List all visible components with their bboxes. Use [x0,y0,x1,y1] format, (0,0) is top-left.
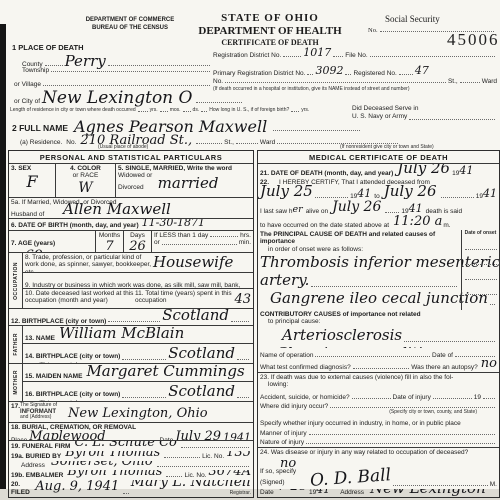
occupation-group: OCCUPATION 8. Trade, profession, or part… [9,253,253,309]
last-worked-label: 10. Date deceased last worked at this oc… [25,290,135,305]
burial-date-value: July 29 [175,429,221,441]
medical-title: MEDICAL CERTIFICATE OF DEATH [258,151,499,164]
reg-district-label: Registration District No. [213,52,281,59]
physician-signature: O. D. Ball [310,467,392,489]
date-of-label: Date of [432,352,453,359]
service-block: Did Deceased Serve in U. S. Navy or Army [352,105,497,122]
full-name-line: 2 FULL NAME Agnes Pearson Maxwell [12,117,362,133]
sig-date-label: Date [260,489,274,496]
industry-label: 9. Industry or business in which work wa… [25,282,240,289]
age-field: 7. AGE (years) 69 [9,231,95,252]
marital-field: 5. SINGLE, MARRIED, Write the word Widow… [115,164,253,197]
mother-birthplace-row: 16. BIRTHPLACE (city or town) (State or … [23,382,253,401]
mos-label: mos. [170,108,181,114]
marital-value: married [158,174,219,192]
street-no-label: No. [213,78,223,85]
autopsy-row: What test confirmed diagnosis? Was there… [258,360,499,373]
primary-reg-label: Primary Registration District No. [213,70,305,77]
signed-label: (Signed) [260,479,296,486]
embalmer-lic-label: Lic. No. [184,472,206,479]
birthplace-value: Scotland [162,309,229,324]
age-value: 69 [25,248,93,252]
color-label2: or RACE [58,172,113,179]
father-birthplace-row: 14. BIRTHPLACE (city or town) (State or … [23,344,253,363]
filed-label: 20. FILED [11,481,31,496]
trade-label: 8. Trade, profession, or particular kind… [25,254,153,273]
mother-name-row: 15. MAIDEN NAME Margaret Cummings [23,364,253,382]
st-label: St., [448,78,458,85]
father-side-label: FATHER [9,326,23,363]
burial-row: 18. BURIAL, CREMATION, OR REMOVAL Place … [9,423,253,441]
dod-year-value: 41 [459,164,473,177]
ds-label: ds. [193,108,200,114]
embalmer-value: Byron Thomas [67,470,162,479]
last-worked-row: 10. Date deceased last worked at this oc… [23,289,253,308]
less-label: If LESS than 1 day [154,232,208,239]
spouse-label2: Husband of [11,211,63,218]
where-label: Where did injury occur? [260,403,328,410]
embalmer-label: 19b. EMBALMER [11,472,63,479]
total-time-value: 43 [234,292,251,307]
ss-no-label: No. [368,27,378,34]
state-title: STATE OF OHIO [178,12,362,25]
buried-lic-label: Lic. No. [202,453,224,460]
dob-label: 6. DATE OF BIRTH (month, day, and year) [11,222,139,229]
or-label: or [154,239,160,246]
contributory-label1: CONTRIBUTORY CAUSES of importance not re… [260,311,497,318]
time-m-label: m. [443,222,450,229]
contributory-section: CONTRIBUTORY CAUSES of importance not re… [258,310,499,348]
mother-name-label: 15. MAIDEN NAME [25,373,82,380]
occupation-related-value: no [280,456,497,467]
full-name-label: 2 FULL NAME [12,123,68,133]
father-birthplace-label: 14. BIRTHPLACE (city or town) [25,353,120,360]
buried-by-label: 19a. BURIED BY [11,453,61,460]
informant-no: 17. [11,403,20,410]
manner-row: Manner of injury [258,428,499,438]
residence-label: (a) Residence. [20,139,62,146]
spouse-value: Allen Maxwell [63,200,171,218]
where-injury-row: Where did injury occur? (Specify city or… [258,402,499,416]
principal-cause-section: The PRINCIPAL CAUSE OF DEATH and related… [258,230,499,310]
registrar-label: Registrar. [131,491,251,497]
buried-lic-value: 135 [226,451,251,460]
file-no-label: File No. [345,52,367,59]
external-causes-row: 23. If death was due to external causes … [258,373,499,390]
attended-from-value: July 25 [260,182,313,200]
sex-label: 3. SEX [11,165,53,172]
city-label: or City of [14,98,40,105]
burial-year: 1941 [223,431,251,441]
township-label: Township [22,67,49,74]
sig-date-value: 7-28 [278,489,307,494]
md-label: M. [490,481,497,488]
accident-label: Accident, suicide, or homicide? [260,394,350,401]
buried-by-value: Byron Thomas [65,451,160,460]
mother-group: MOTHER 15. MAIDEN NAME Margaret Cummings… [9,364,253,402]
buried-address-row: Address Somerset, Ohio [9,461,253,470]
marital-label1: 5. SINGLE, MARRIED, Write the word [118,165,251,172]
min-label: min. [239,239,251,246]
registered-no-label: Registered No. [353,70,396,77]
marital-label3: Divorced [118,184,144,191]
reg-district-value: 1017 [303,46,331,59]
embalmer-row: 19b. EMBALMER Byron Thomas Lic. No. 3674… [9,470,253,480]
signature-row: If so, specify (Signed) O. D. Ball M. [258,467,499,489]
funeral-firm-label: 19. FUNERAL FIRM [11,443,70,450]
autopsy-label: Was there an autopsy? [411,364,478,371]
age-row: 7. AGE (years) 69 Months 7 Days 26 If LE… [9,231,253,253]
onset-label: Date of onset [463,231,498,237]
primary-registration-line: Primary Registration District No. 3092 R… [213,64,497,77]
autopsy-value: no [481,360,497,371]
external-label2: lowing: [268,381,497,388]
hospital-note: (If death occurred in a hospital or inst… [213,87,497,93]
ifso-label: If so, specify [260,468,296,475]
father-name-label: 13. NAME [25,335,55,342]
certify-block: 22. I HEREBY CERTIFY, That I attended de… [258,178,499,230]
occupation-related-row: 24. Was disease or injury in any way rel… [258,448,499,467]
buried-address-label: Address [21,462,45,469]
residence-ward-label: Ward [260,139,275,146]
length-label: Length of residence in city or town wher… [10,108,136,114]
township-line: Township [22,67,212,74]
occupation-related-label: 24. Was disease or injury in any way rel… [260,449,497,456]
date-of-onset-rail: Date of onset [461,230,499,310]
mother-name-value: Margaret Cummings [86,364,244,380]
contributory-value1: Arteriosclerosis [282,326,402,344]
operation-label: Name of operation [260,352,313,359]
ward-label: Ward [482,78,497,85]
dept-title: DEPARTMENT OF HEALTH [178,25,362,38]
sex-field: 3. SEX F [9,164,55,197]
buried-by-row: 19a. BURIED BY Byron Thomas Lic. No. 135 [9,451,253,461]
father-name-value: William McBlain [59,326,184,342]
days-field: Days 26 [123,231,151,252]
father-birthplace-value: Scotland [168,344,235,362]
months-value: 7 [98,239,121,252]
principal-label1: The PRINCIPAL CAUSE OF DEATH and related… [260,231,459,246]
color-value: W [58,180,113,196]
personal-statistical-column: PERSONAL AND STATISTICAL PARTICULARS 3. … [8,150,254,498]
yrs-label: yrs. [150,108,158,114]
external-label1: 23. If death was due to external causes … [260,374,497,381]
city-value: New Lexington O [42,88,192,108]
test-label: What test confirmed diagnosis? [260,364,351,371]
dob-value: 11-30-1871 [142,219,205,229]
lastsaw-value: July 26 [332,199,381,215]
signature-date-row: Date 7-28 19 41 Address New Lexington [258,489,499,497]
contributory-label2: to principal cause: [268,318,497,325]
date-of-death-row: 21. DATE OF DEATH (month, day, and year)… [258,164,499,178]
primary-reg-value: 3092 [315,64,343,77]
lastsaw-label2: alive on [306,208,328,215]
days-value: 26 [126,239,149,252]
mother-birthplace-value: Scotland [168,382,235,400]
trade-value: Housewife [153,253,233,271]
color-field: 4. COLOR or RACE W [55,164,115,197]
manner-label: Manner of injury [260,430,307,437]
sig-address-label: Address [340,489,364,496]
to-year-value: 41 [483,187,497,200]
county-line: County Perry [22,52,212,68]
father-group: FATHER 13. NAME William McBlain 14. BIRT… [9,326,253,364]
time-value: 11:20 a [393,214,442,229]
birthplace-row: 12. BIRTHPLACE (city or town) (State or … [9,309,253,326]
age-label: 7. AGE (years) [11,240,55,247]
less-than-day-field: If LESS than 1 dayhrs. ormin. [151,231,253,252]
sex-color-marital-row: 3. SEX F 4. COLOR or RACE W 5. SINGLE, M… [9,164,253,198]
color-label: 4. COLOR [58,165,113,172]
attended-to-value: July 26 [384,182,437,200]
residence-st-label: St., [224,139,234,146]
father-name-row: 13. NAME William McBlain [23,326,253,344]
mother-birthplace-label: 16. BIRTHPLACE (city or town) [25,391,120,398]
date-of-death-value: July 26 [397,164,450,177]
days-label: Days [126,232,149,239]
residence-no-label: No. [66,139,76,146]
personal-title: PERSONAL AND STATISTICAL PARTICULARS [9,151,253,164]
nature-row: Nature of injury [258,438,499,448]
informant-label3: and (Address) [20,415,68,421]
nature-label: Nature of injury [260,439,304,446]
principal-label2: in order of onset were as follows: [268,246,459,253]
foreign-label: How long in U. S., if of foreign birth? [209,108,289,114]
title-block: STATE OF OHIO DEPARTMENT OF HEALTH CERTI… [178,12,362,48]
city-line: or City of New Lexington O [14,88,244,105]
scan-edge-strip [0,24,6,500]
informant-row: 17. The Signature of INFORMANT and (Addr… [9,402,253,423]
funeral-firm-row: 19. FUNERAL FIRM C. L. Schute Co [9,441,253,451]
funeral-firm-value: C. L. Schute Co [74,441,176,450]
filed-date: Aug. 9, 1941 [35,480,119,494]
trade-row: 8. Trade, profession, or particular kind… [23,253,253,273]
lastsaw-label1: I last saw h [260,208,293,215]
registered-no-value: 47 [415,64,429,77]
industry-row: 9. Industry or business in which work wa… [23,273,253,289]
yrs-label-2: yrs. [301,108,309,114]
to-year-prefix: 19 [476,193,483,200]
buried-address-value: Somerset, Ohio [51,461,153,469]
mother-side-label: MOTHER [9,364,23,401]
cause-line2: artery. [260,271,309,289]
burial-place-value: Maplewood [29,429,105,441]
medical-certificate-column: MEDICAL CERTIFICATE OF DEATH 21. DATE OF… [257,150,500,498]
filed-row: 20. FILED Aug. 9, 1941 Mary L. Natchell … [9,480,253,497]
sig-year-value: 41 [316,489,330,496]
dob-row: 6. DATE OF BIRTH (month, day, and year) … [9,219,253,231]
operation-row: Name of operation Date of [258,348,499,360]
place-of-death-label: 1 PLACE OF DEATH [12,43,84,52]
accident-row: Accident, suicide, or homicide? Date of … [258,390,499,402]
social-security-label: Social Security [385,14,440,24]
occupation-side-label: OCCUPATION [9,253,23,308]
injury-year-prefix: 19 [474,394,481,401]
hrs-label: hrs. [240,232,251,239]
date-injury-label: Date of injury [393,394,431,401]
cause-line3: Gangrene ileo cecal junction [270,289,488,307]
death-certificate-scan: DEPARTMENT OF COMMERCE BUREAU OF THE CEN… [0,0,500,500]
residence-length-line: Length of residence in city or town wher… [10,108,340,114]
registration-district-line: Registration District No. 1017 File No. [213,46,497,59]
birthplace-label: 12. BIRTHPLACE (city or town) [11,318,106,325]
informant-address: New Lexington, Ohio [68,406,251,421]
months-label: Months [98,232,121,239]
occurred-label: to have occurred on the date stated abov… [260,222,389,229]
embalmer-lic-value: 3674A [209,470,251,479]
specify-label: Specify whether injury occurred in indus… [260,420,461,427]
specify-row: Specify whether injury occurred in indus… [258,416,499,428]
sex-value: F [11,172,53,191]
total-time-label: 11. Total time (years) spent in this occ… [135,290,234,305]
spouse-row: 5a. If Married, Widowed, or Divorced Hus… [9,198,253,219]
registrar-signature: Mary L. Natchell [131,480,251,490]
lastsaw-her: er [293,204,303,215]
months-field: Months 7 [95,231,123,252]
service-line1: Did Deceased Serve in [352,105,497,113]
street-line: No. St., Ward [213,78,497,85]
sig-address-value: New Lexington [370,489,486,497]
date-of-death-label: 21. DATE OF DEATH (month, day, and year) [260,170,393,177]
